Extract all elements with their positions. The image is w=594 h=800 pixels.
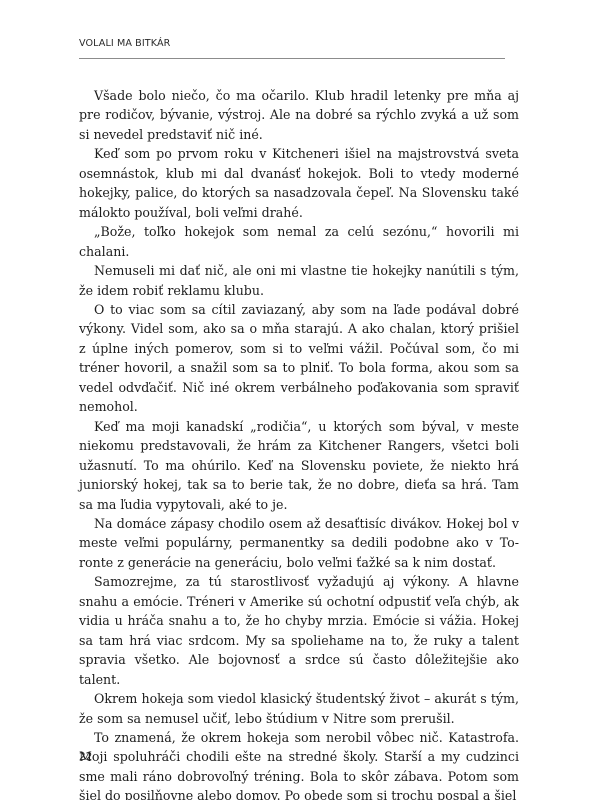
running-title: VOLALI MA BITKÁR	[79, 38, 170, 49]
paragraph: O to viac som sa cítil zaviazaný, aby so…	[79, 300, 519, 417]
paragraph: Samozrejme, za tú starostlivosť vyžadujú…	[79, 572, 519, 689]
paragraph: To znamená, že okrem hokeja som nerobil …	[79, 728, 519, 800]
paragraph: Okrem hokeja som viedol klasický študent…	[79, 689, 519, 728]
page-number: 22	[79, 751, 92, 763]
paragraph: Všade bolo niečo, čo ma očarilo. Klub hr…	[79, 86, 519, 144]
paragraph: Nemuseli mi dať nič, ale oni mi vlastne …	[79, 261, 519, 300]
paragraph: Keď ma moji kanadskí „rodičia“, u ktorýc…	[79, 417, 519, 514]
body-text: Všade bolo niečo, čo ma očarilo. Klub hr…	[79, 86, 519, 800]
book-page: VOLALI MA BITKÁR Všade bolo niečo, čo ma…	[0, 0, 594, 800]
paragraph: Na domáce zápasy chodilo osem až desaťti…	[79, 514, 519, 572]
header-rule	[79, 58, 505, 59]
paragraph: „Bože, toľko hokejok som nemal za celú s…	[79, 222, 519, 261]
paragraph: Keď som po prvom roku v Kitcheneri išiel…	[79, 144, 519, 222]
